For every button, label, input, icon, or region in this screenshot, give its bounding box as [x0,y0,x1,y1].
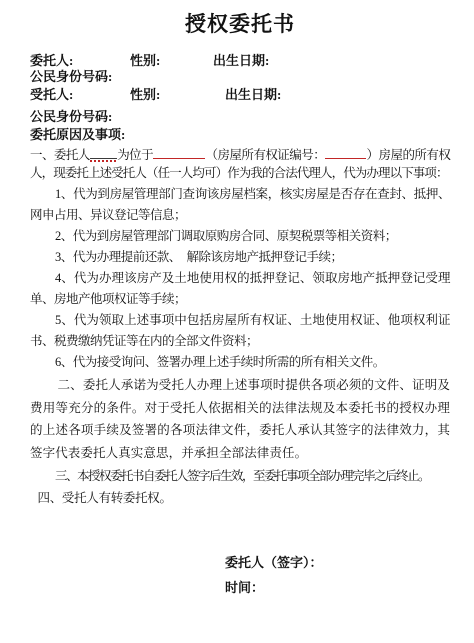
signer-signature-label: 委托人（签字）： [225,555,450,571]
principal-gender-label: 性别: [130,53,160,68]
agent-name-label: 受托人: [30,87,73,102]
agent-id-label: 公民身份号码: [30,109,112,124]
section-heading-row: 委托原因及事项: [30,127,450,142]
property-address-blank [153,147,205,159]
clause-1-text-a: 一、委托人 [30,148,90,162]
clause-2: 二、委托人承诺为受托人办理上述事项时提供各项必须的文件、证明及费用等充分的条件。… [30,374,450,464]
certificate-number-blank [325,147,366,159]
clause-4: 四、受托人有转委托权。 [30,487,450,509]
entrusted-item-4: 4、代为办理该房产及土地使用权的抵押登记、领取房地产抵押登记受理单、房地产他项权… [30,268,450,310]
entrusted-item-2: 2、代为到房屋管理部门调取原购房合同、原契税票等相关资料； [30,226,450,247]
principal-name-label: 委托人: [30,53,73,68]
principal-id-row: 公民身份号码: [30,69,450,84]
agent-gender-label: 性别: [130,87,160,102]
agent-birth-label: 出生日期: [225,87,281,102]
clause-1-text-c: （房屋所有权证编号： [205,148,325,162]
clause-1-text-b: 为位于 [117,148,153,162]
document-title: 授权委托书 [30,10,450,38]
signature-date-label: 时间： [225,580,450,596]
document-page: 授权委托书 委托人: 性别: 出生日期: 公民身份号码: 受托人: 性别: 出生… [0,0,474,643]
entrusted-item-6: 6、代为接受询问、签署办理上述手续时所需的所有相关文件。 [30,352,450,373]
agent-info-row: 受托人: 性别: 出生日期: [30,87,450,102]
principal-id-label: 公民身份号码: [30,69,112,84]
entrusted-item-1: 1、代为到房屋管理部门查询该房屋档案，核实房屋是否存在查封、抵押、网申占用、异议… [30,184,450,226]
signature-block: 委托人（签字）： 时间： [225,555,450,596]
clause-1: 一、委托人为位于（房屋所有权证编号：）房屋的所有权人，现委托上述受托人（任一人均… [30,146,450,182]
principal-name-blank [90,147,117,159]
entrusted-items-list: 1、代为到房屋管理部门查询该房屋档案，核实房屋是否存在查封、抵押、网申占用、异议… [30,184,450,373]
section-heading: 委托原因及事项: [30,127,125,142]
agent-id-row: 公民身份号码: [30,109,450,124]
entrusted-item-3: 3、代为办理提前还款、 解除该房地产抵押登记手续； [30,247,450,268]
principal-info-row: 委托人: 性别: 出生日期: [30,53,450,68]
principal-birth-label: 出生日期: [213,53,269,68]
entrusted-item-5: 5、代为领取上述事项中包括房屋所有权证、土地使用权证、他项权利证书、税费缴纳凭证… [30,310,450,352]
clause-3: 三、本授权委托书自委托人签字后生效，至委托事项全部办理完毕之后终止。 [30,465,450,487]
